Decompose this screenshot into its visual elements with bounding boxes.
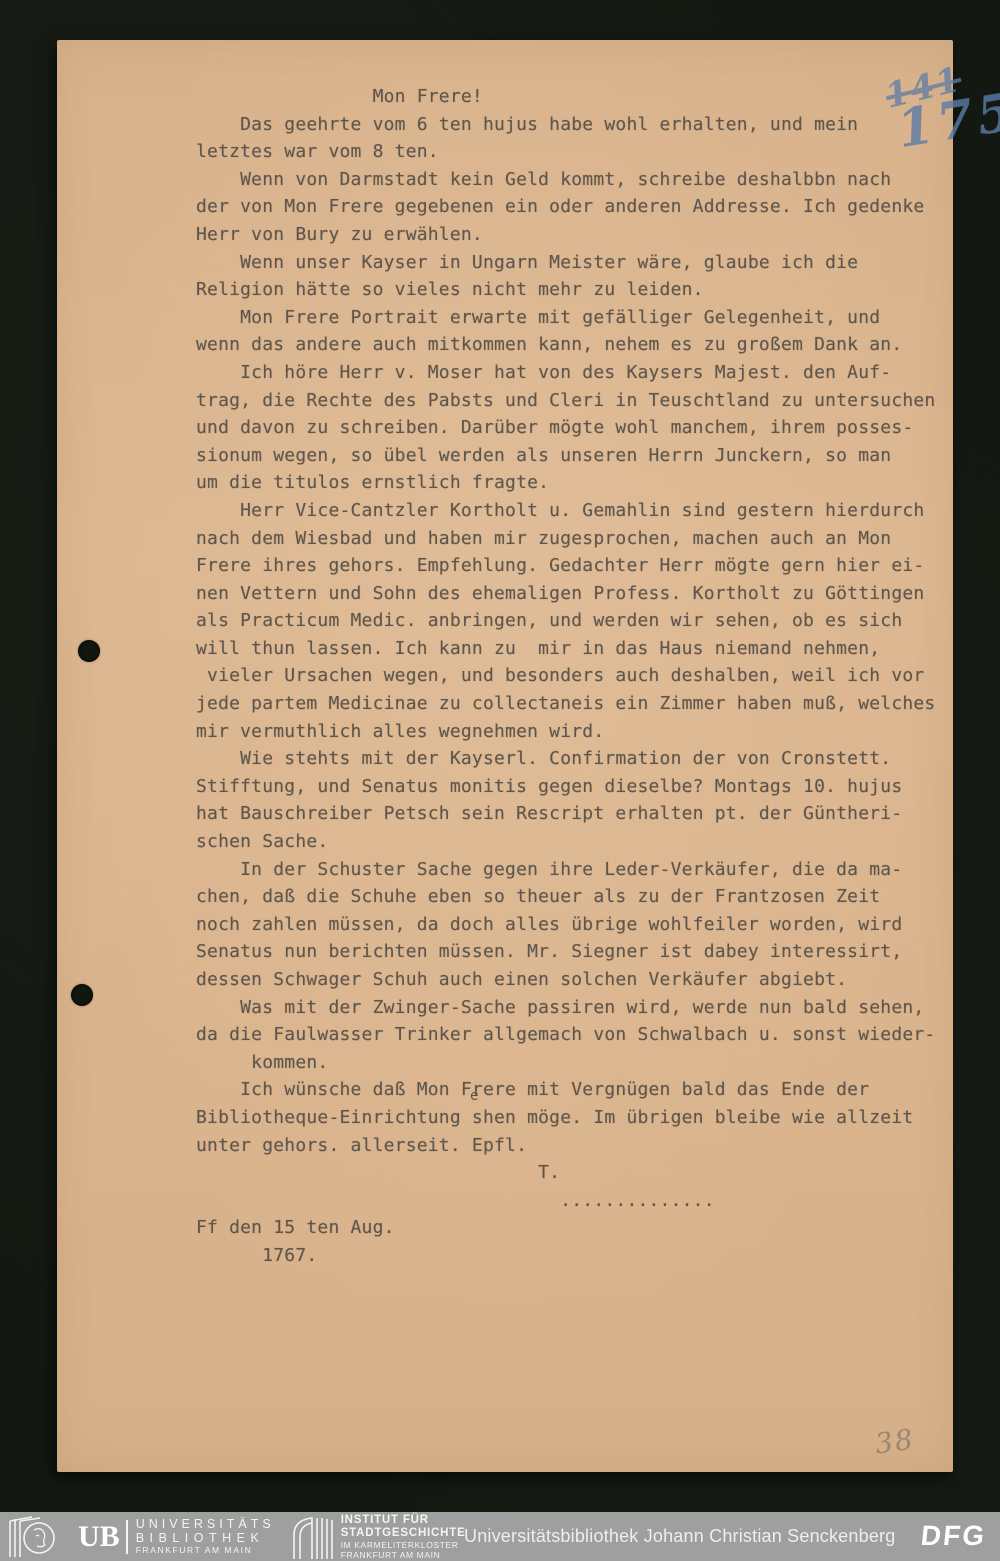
footer-bar: UB UNIVERSITÄTS BIBLIOTHEK FRANKFURT AM … <box>0 1512 1000 1561</box>
pencil-page-number: 38 <box>873 1422 917 1460</box>
ub-logo-line2: BIBLIOTHEK <box>136 1531 275 1545</box>
institute-line2: STADTGESCHICHTE <box>341 1527 466 1540</box>
ub-logo-line3: FRANKFURT AM MAIN <box>136 1545 275 1556</box>
institute-logo-text: INSTITUT FÜR STADTGESCHICHTE IM KARMELIT… <box>341 1514 466 1560</box>
hole-punch-top <box>78 640 100 662</box>
ub-logo-text: UNIVERSITÄTS BIBLIOTHEK FRANKFURT AM MAI… <box>136 1517 275 1556</box>
institute-line3: IM KARMELITERKLOSTER <box>341 1540 466 1550</box>
ub-logo: UB UNIVERSITÄTS BIBLIOTHEK FRANKFURT AM … <box>6 1515 275 1559</box>
institute-line4: FRANKFURT AM MAIN <box>341 1550 466 1560</box>
handwritten-folio-numbers: 141 175 <box>857 62 997 172</box>
institute-line1: INSTITUT FÜR <box>341 1514 466 1527</box>
ub-logo-divider <box>126 1520 128 1554</box>
ub-logo-line1: UNIVERSITÄTS <box>136 1517 275 1531</box>
letter-body: Mon Frere! Das geehrte vom 6 ten hujus h… <box>196 83 935 1270</box>
footer-logo-cluster: UB UNIVERSITÄTS BIBLIOTHEK FRANKFURT AM … <box>0 1514 466 1560</box>
hole-punch-bottom <box>71 984 93 1006</box>
letter-page: Mon Frere! Das geehrte vom 6 ten hujus h… <box>57 40 953 1472</box>
library-name: Universitätsbibliothek Johann Christian … <box>464 1526 895 1547</box>
karmeliterkloster-arch-icon <box>291 1515 333 1559</box>
ub-logo-abbr: UB <box>78 1522 120 1552</box>
dfg-logo: DFG <box>919 1520 987 1552</box>
superscript-correction: e <box>470 1088 478 1104</box>
